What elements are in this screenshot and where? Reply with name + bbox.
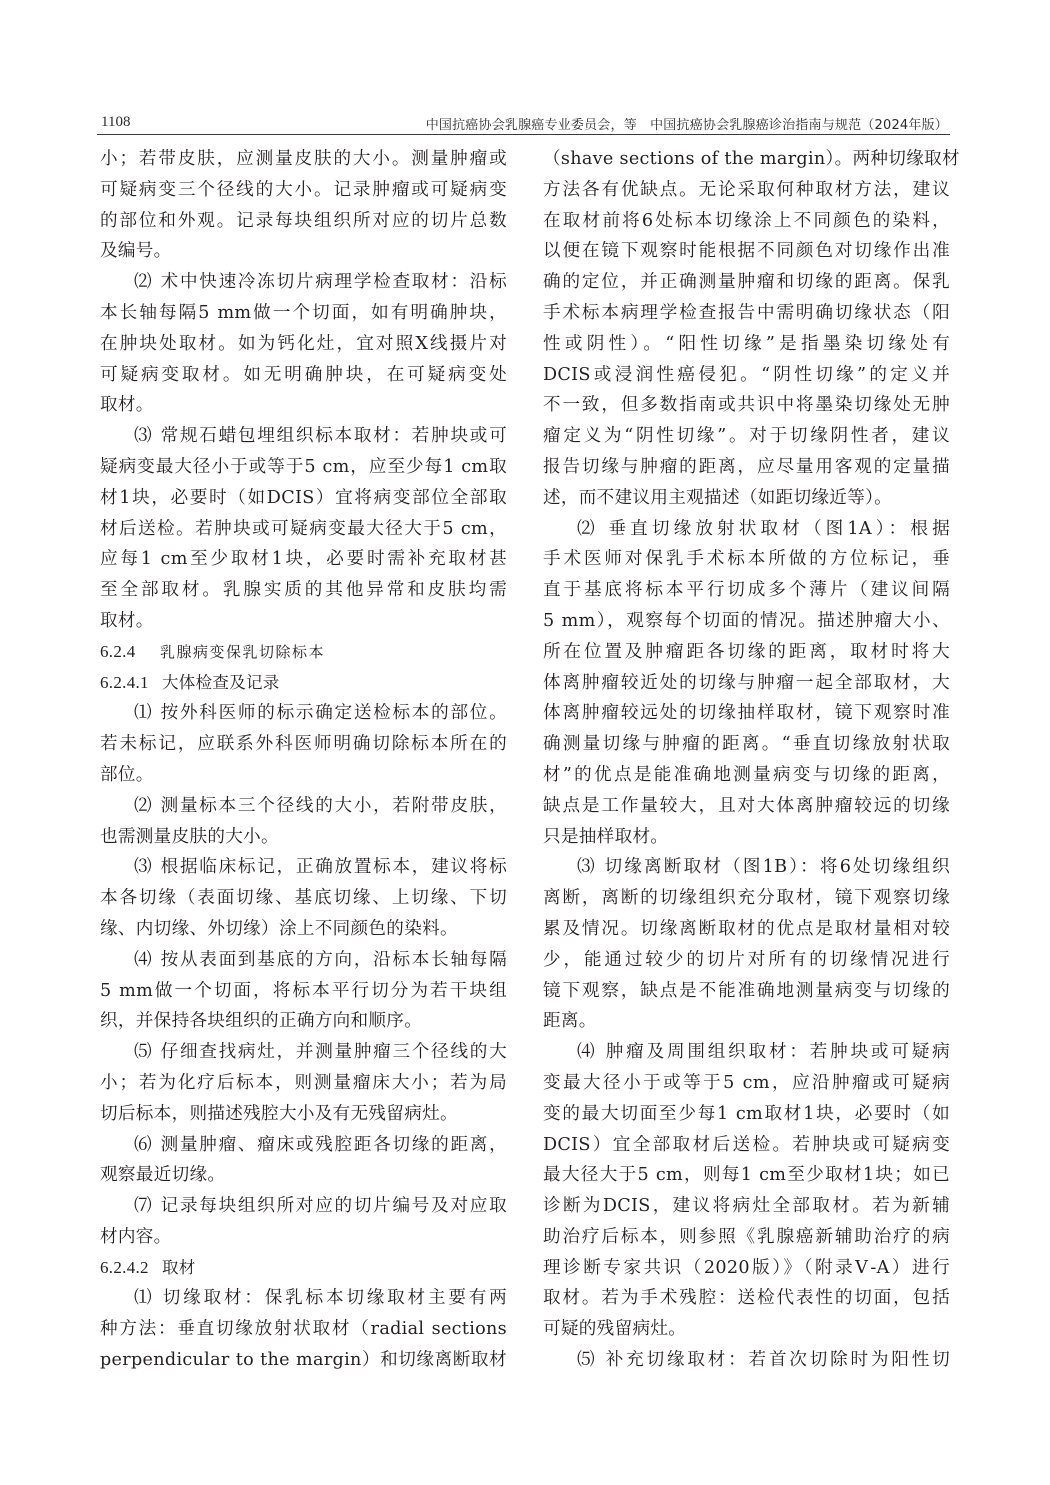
text-line: 最大径大于5 cm，则每1 cm至少取材1块；如已 (543, 1160, 950, 1191)
text-line: 助治疗后标本，则参照《乳腺癌新辅助治疗的病 (543, 1222, 950, 1253)
paragraph-first-line: ⑶ 根据临床标记，正确放置标本，建议将标 (100, 852, 507, 883)
section-title: 大体检查及记录 (162, 673, 280, 692)
text-line: 5 mm做一个切面，将标本平行切分为若干块组 (100, 976, 507, 1007)
text-line: 所在位置及肿瘤距各切缘的距离，取材时将大 (543, 637, 950, 668)
paragraph-first-line: ⑵ 垂直切缘放射状取材（图1A）：根据 (543, 514, 950, 545)
text-line: 疑病变最大径小于或等于5 cm，应至少每1 cm取 (100, 452, 507, 483)
section-heading: 6.2.4乳腺病变保乳切除标本 (100, 637, 507, 668)
text-line: 缺点是工作量较大，且对大体离肿瘤较远的切缘 (543, 791, 950, 822)
text-line: 可疑病变取材。如无明确肿块，在可疑病变处 (100, 360, 507, 391)
paragraph-first-line: ⑹ 测量肿瘤、瘤床或残腔距各切缘的距离， (100, 1130, 507, 1161)
text-line: 确测量切缘与肿瘤的距离。“垂直切缘放射状取 (543, 729, 950, 760)
text-line: 若未标记，应联系外科医师明确切除标本所在的 (100, 729, 507, 760)
text-line: 体离肿瘤较远处的切缘抽样取材，镜下观察时准 (543, 698, 950, 729)
text-line: 述，而不建议用主观描述（如距切缘近等）。 (543, 483, 950, 514)
text-line: 手术标本病理学检查报告中需明确切缘状态（阳 (543, 298, 950, 329)
paragraph-first-line: ⑴ 按外科医师的标示确定送检标本的部位。 (100, 698, 507, 729)
text-line: 织，并保持各块组织的正确方向和顺序。 (100, 1006, 507, 1037)
text-line: 也需测量皮肤的大小。 (100, 822, 507, 853)
text-line: （shave sections of the margin）。两种切缘取材 (543, 144, 950, 175)
text-line: 确的定位，并正确测量肿瘤和切缘的距离。保乳 (543, 267, 950, 298)
text-line: 报告切缘与肿瘤的距离，应尽量用客观的定量描 (543, 452, 950, 483)
text-line: 本长轴每隔5 mm做一个切面，如有明确肿块， (100, 298, 507, 329)
page-number: 1108 (101, 114, 130, 131)
section-heading: 6.2.4.1大体检查及记录 (100, 668, 507, 699)
text-line: 切后标本，则描述残腔大小及有无残留病灶。 (100, 1099, 507, 1130)
paragraph-first-line: ⑶ 切缘离断取材（图1B）：将6处切缘组织 (543, 852, 950, 883)
section-title: 乳腺病变保乳切除标本 (160, 643, 325, 661)
text-line: 累及情况。切缘离断取材的优点是取材量相对较 (543, 914, 950, 945)
left-column: 小；若带皮肤，应测量皮肤的大小。测量肿瘤或可疑病变三个径线的大小。记录肿瘤或可疑… (100, 144, 507, 1376)
text-line: 性或阴性）。“阳性切缘”是指墨染切缘处有 (543, 329, 950, 360)
text-line: 不一致，但多数指南或共识中将墨染切缘处无肿 (543, 390, 950, 421)
text-line: 瘤定义为“阴性切缘”。对于切缘阴性者，建议 (543, 421, 950, 452)
text-line: 距离。 (543, 1006, 950, 1037)
section-number: 6.2.4.1 (100, 668, 162, 699)
text-line: 应每1 cm至少取材1块，必要时需补充取材甚 (100, 544, 507, 575)
text-line: 取材。 (100, 606, 507, 637)
running-header: 1108 中国抗癌协会乳腺癌专业委员会，等 中国抗癌协会乳腺癌诊治指南与规范（2… (97, 112, 950, 135)
text-line: perpendicular to the margin）和切缘离断取材 (100, 1345, 507, 1376)
section-number: 6.2.4 (100, 637, 160, 668)
text-line: 在取材前将6处标本切缘涂上不同颜色的染料， (543, 206, 950, 237)
text-line: DCIS）宜全部取材后送检。若肿块或可疑病变 (543, 1130, 950, 1161)
text-line: 缘、内切缘、外切缘）涂上不同颜色的染料。 (100, 914, 507, 945)
text-line: DCIS或浸润性癌侵犯。“阴性切缘”的定义并 (543, 360, 950, 391)
text-line: 可疑的残留病灶。 (543, 1314, 950, 1345)
text-line: 变的最大切面至少每1 cm取材1块，必要时（如 (543, 1099, 950, 1130)
paragraph-first-line: ⑸ 补充切缘取材：若首次切除时为阳性切 (543, 1345, 950, 1376)
text-line: 材后送检。若肿块或可疑病变最大径大于5 cm， (100, 514, 507, 545)
text-line: 变最大径小于或等于5 cm，应沿肿瘤或可疑病 (543, 1068, 950, 1099)
text-line: 可疑病变三个径线的大小。记录肿瘤或可疑病变 (100, 175, 507, 206)
text-line: 本各切缘（表面切缘、基底切缘、上切缘、下切 (100, 883, 507, 914)
text-line: 只是抽样取材。 (543, 822, 950, 853)
right-column: （shave sections of the margin）。两种切缘取材方法各… (543, 144, 950, 1376)
text-line: 离断，离断的切缘组织充分取材，镜下观察切缘 (543, 883, 950, 914)
text-line: 及编号。 (100, 236, 507, 267)
text-line: 镜下观察，缺点是不能准确地测量病变与切缘的 (543, 976, 950, 1007)
section-number: 6.2.4.2 (100, 1253, 162, 1284)
text-line: 手术医师对保乳手术标本所做的方位标记，垂 (543, 544, 950, 575)
text-line: 至全部取材。乳腺实质的其他异常和皮肤均需 (100, 575, 507, 606)
text-line: 部位。 (100, 760, 507, 791)
text-line: 方法各有优缺点。无论采取何种取材方法，建议 (543, 175, 950, 206)
text-line: 小；若为化疗后标本，则测量瘤床大小；若为局 (100, 1068, 507, 1099)
text-line: 体离肿瘤较近处的切缘与肿瘤一起全部取材，大 (543, 668, 950, 699)
text-line: 取材。若为手术残腔：送检代表性的切面，包括 (543, 1283, 950, 1314)
text-line: 诊断为DCIS，建议将病灶全部取材。若为新辅 (543, 1191, 950, 1222)
paragraph-first-line: ⑶ 常规石蜡包埋组织标本取材：若肿块或可 (100, 421, 507, 452)
running-title: 中国抗癌协会乳腺癌专业委员会，等 中国抗癌协会乳腺癌诊治指南与规范（2024年版… (426, 114, 948, 133)
paragraph-first-line: ⑸ 仔细查找病灶，并测量肿瘤三个径线的大 (100, 1037, 507, 1068)
text-line: 材1块，必要时（如DCIS）宜将病变部位全部取 (100, 483, 507, 514)
text-line: 材”的优点是能准确地测量病变与切缘的距离， (543, 760, 950, 791)
section-heading: 6.2.4.2取材 (100, 1253, 507, 1284)
text-line: 5 mm），观察每个切面的情况。描述肿瘤大小、 (543, 606, 950, 637)
text-line: 直于基底将标本平行切成多个薄片（建议间隔 (543, 575, 950, 606)
paragraph-first-line: ⑵ 测量标本三个径线的大小，若附带皮肤， (100, 791, 507, 822)
text-line: 小；若带皮肤，应测量皮肤的大小。测量肿瘤或 (100, 144, 507, 175)
text-line: 取材。 (100, 390, 507, 421)
paragraph-first-line: ⑷ 按从表面到基底的方向，沿标本长轴每隔 (100, 945, 507, 976)
paragraph-first-line: ⑷ 肿瘤及周围组织取材：若肿块或可疑病 (543, 1037, 950, 1068)
text-line: 观察最近切缘。 (100, 1160, 507, 1191)
text-line: 材内容。 (100, 1222, 507, 1253)
text-line: 以便在镜下观察时能根据不同颜色对切缘作出准 (543, 236, 950, 267)
text-line: 种方法：垂直切缘放射状取材（radial sections (100, 1314, 507, 1345)
paragraph-first-line: ⑵ 术中快速冷冻切片病理学检查取材：沿标 (100, 267, 507, 298)
text-line: 少，能通过较少的切片对所有的切缘情况进行 (543, 945, 950, 976)
section-title: 取材 (162, 1258, 196, 1277)
text-line: 的部位和外观。记录每块组织所对应的切片总数 (100, 206, 507, 237)
text-line: 在肿块处取材。如为钙化灶，宜对照X线摄片对 (100, 329, 507, 360)
paragraph-first-line: ⑴ 切缘取材：保乳标本切缘取材主要有两 (100, 1283, 507, 1314)
text-line: 理诊断专家共识（2020版）》（附录Ⅴ-A）进行 (543, 1253, 950, 1284)
paragraph-first-line: ⑺ 记录每块组织所对应的切片编号及对应取 (100, 1191, 507, 1222)
